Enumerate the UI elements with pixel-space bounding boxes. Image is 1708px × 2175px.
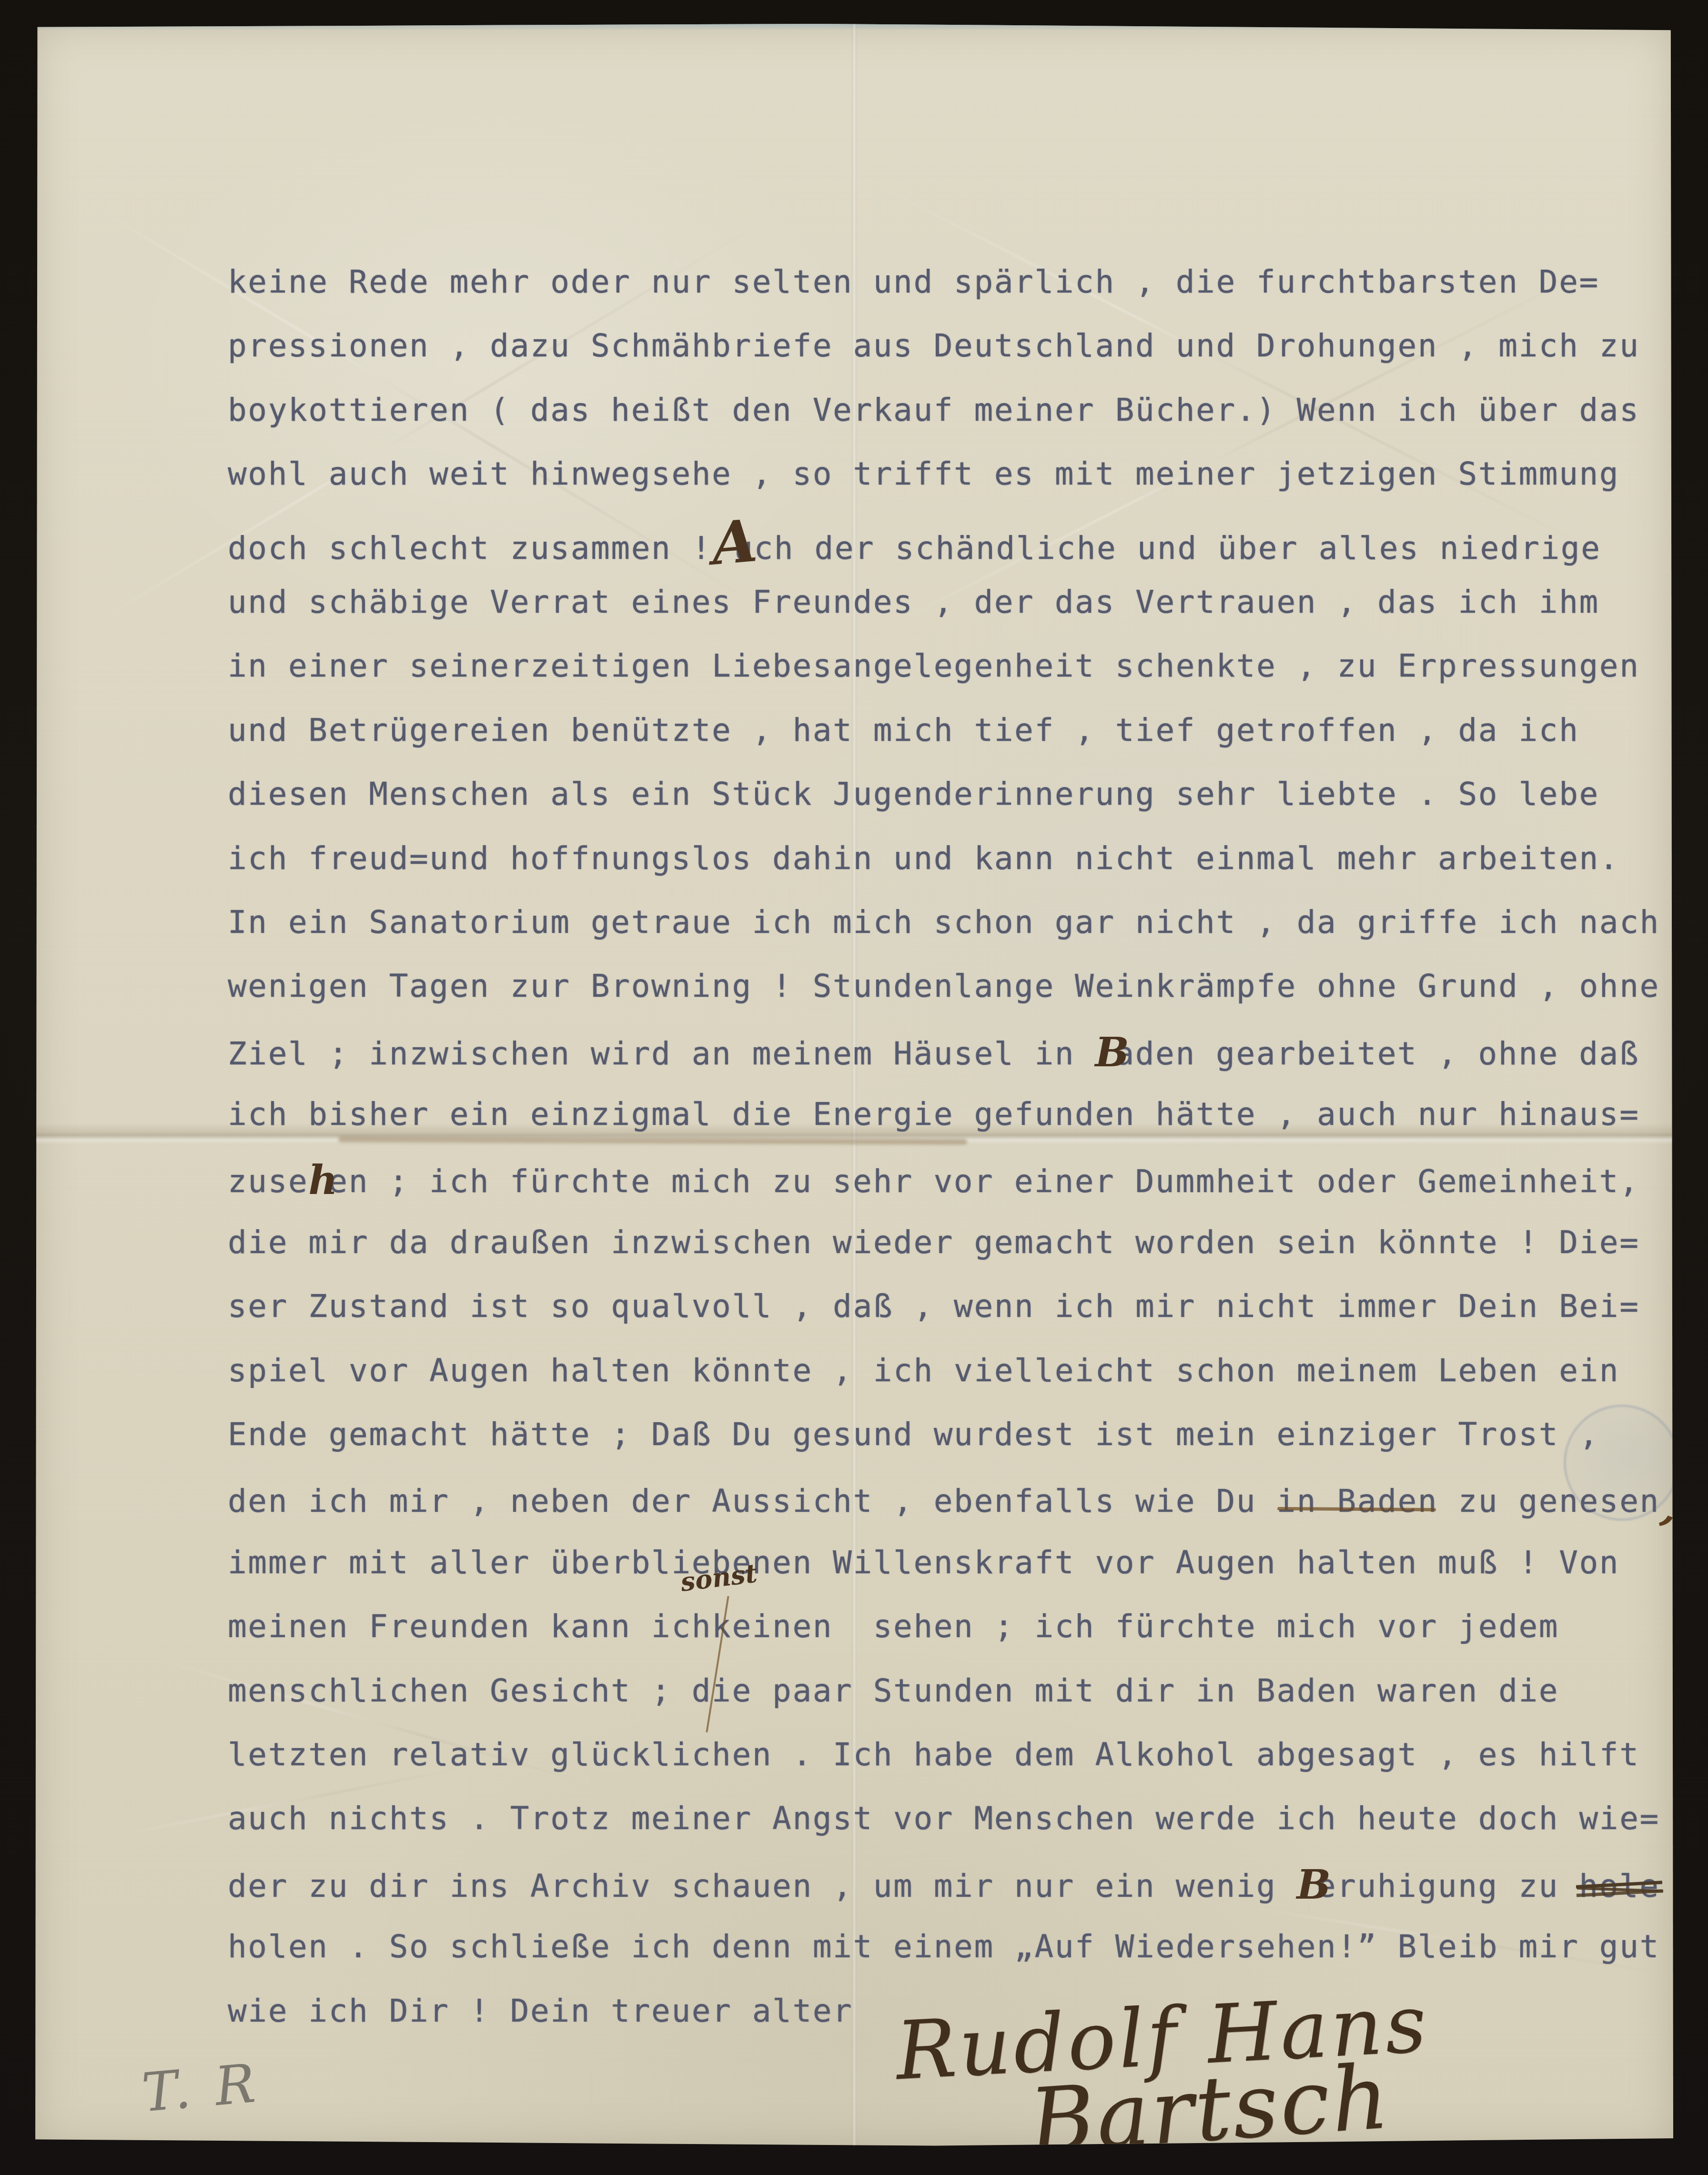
hand-underlined-words: in Baden (1276, 1483, 1438, 1519)
typed-text: aden gearbeitet , ohne daß (1115, 1035, 1639, 1072)
letter-line: und schäbige Verrat eines Freundes , der… (228, 570, 1652, 634)
letter-line: wohl auch weit hinwegsehe , so trifft es… (228, 442, 1652, 506)
typed-text: ser Zustand ist so qualvoll , daß , wenn… (228, 1288, 1639, 1325)
typed-text: keinen sehen ; ich fürchte mich vor jede… (712, 1608, 1559, 1645)
typed-text: und schäbige Verrat eines Freundes , der… (228, 584, 1599, 620)
letter-line: in einer seinerzeitigen Liebesangelegenh… (228, 634, 1652, 698)
letter-line: boykottieren ( das heißt den Verkauf mei… (228, 378, 1652, 442)
letter-line: immer mit aller überbliebenen Willenskra… (228, 1531, 1652, 1595)
letter-line: der zu dir ins Archiv schauen , um mir n… (228, 1851, 1652, 1915)
typed-text: keine Rede mehr oder nur selten und spär… (228, 263, 1599, 300)
letter-line: die mir da draußen inzwischen wieder gem… (228, 1211, 1652, 1275)
letter-line: ich freud=und hoffnungslos dahin und kan… (228, 827, 1652, 890)
letter-line: In ein Sanatorium getraue ich mich schon… (228, 890, 1652, 954)
typed-text: in einer seinerzeitigen Liebesangelegenh… (228, 647, 1639, 684)
letter-line: doch schlecht zusammen !Auch der schändl… (228, 506, 1652, 570)
typed-text: zu genesen (1438, 1483, 1660, 1519)
letter-line: letzten relativ glücklichen . Ich habe d… (228, 1723, 1652, 1787)
typed-text: uch der schändliche und über alles niedr… (734, 530, 1601, 567)
letter-line: spiel vor Augen halten könnte , ich viel… (228, 1339, 1652, 1403)
typed-text: auch nichts . Trotz meiner Angst vor Men… (228, 1800, 1660, 1837)
typed-text: doch schlecht zusammen ! (228, 530, 712, 567)
pencil-initials: T. R (140, 2053, 262, 2124)
typed-text: letzten relativ glücklichen . Ich habe d… (228, 1736, 1639, 1773)
typed-text: wie ich Dir ! Dein treuer alter (228, 1993, 853, 2029)
letter-line: zusehen ; ich fürchte mich zu sehr vor e… (228, 1146, 1652, 1210)
typed-text: ich bisher ein einzigmal die Energie gef… (228, 1096, 1639, 1133)
typed-text: den ich mir , neben der Aussicht , ebenf… (228, 1483, 1276, 1519)
typed-text: und Betrügereien benützte , hat mich tie… (228, 712, 1579, 749)
letter-line: holen . So schließe ich denn mit einem „… (228, 1915, 1652, 1979)
typed-text: pressionen , dazu Schmähbriefe aus Deuts… (228, 327, 1639, 364)
letter-line: ser Zustand ist so qualvoll , daß , wenn… (228, 1275, 1652, 1338)
typed-text: Ende gemacht hätte ; Daß Du gesund wurde… (228, 1416, 1599, 1453)
hand-corrected-letter: h (308, 1148, 328, 1212)
typed-text: wohl auch weit hinwegsehe , so trifft es… (228, 455, 1619, 492)
letter-line: wenigen Tagen zur Browning ! Stundenlang… (228, 954, 1652, 1018)
letter-line: Ziel ; inzwischen wird an meinem Häusel … (228, 1019, 1652, 1082)
typed-text: zuse (228, 1163, 308, 1200)
typed-text: boykottieren ( das heißt den Verkauf mei… (228, 392, 1639, 428)
struck-out-word: hole (1579, 1868, 1659, 1904)
letter-paper: keine Rede mehr oder nur selten und spär… (33, 24, 1673, 2148)
letter-line: den ich mir , neben der Aussicht , ebenf… (228, 1467, 1652, 1530)
hand-corrected-letter: B (1095, 1021, 1115, 1084)
hand-corrected-letter: B (1297, 1853, 1317, 1917)
typed-text: immer mit aller überbliebenen Willenskra… (228, 1544, 1619, 1581)
typed-text: holen . So schließe ich denn mit einem „… (228, 1928, 1660, 1965)
letter-line: keine Rede mehr oder nur selten und spär… (228, 250, 1652, 314)
letter-line: diesen Menschen als ein Stück Jugenderin… (228, 762, 1652, 826)
photo-backdrop: { "document": { "kind": "typewritten let… (0, 0, 1708, 2175)
letter-line: und Betrügereien benützte , hat mich tie… (228, 698, 1652, 762)
typed-text: In ein Sanatorium getraue ich mich schon… (228, 904, 1660, 941)
typed-text: diesen Menschen als ein Stück Jugenderin… (228, 776, 1599, 812)
hand-corrected-letter: A (709, 510, 737, 576)
letter-line: ich bisher ein einzigmal die Energie gef… (228, 1082, 1652, 1146)
typed-text: spiel vor Augen halten könnte , ich viel… (228, 1352, 1619, 1389)
typed-text: menschlichen Gesicht ; die paar Stunden … (228, 1672, 1559, 1709)
typed-text: meinen Freunden kann ich (228, 1608, 712, 1645)
typed-text: en ; ich fürchte mich zu sehr vor einer … (328, 1163, 1639, 1200)
typed-text: ich freud=und hoffnungslos dahin und kan… (228, 840, 1619, 877)
typed-text: die mir da draußen inzwischen wieder gem… (228, 1224, 1639, 1261)
letter-body: keine Rede mehr oder nur selten und spär… (228, 250, 1652, 2043)
typed-text: Ziel ; inzwischen wird an meinem Häusel … (228, 1035, 1095, 1072)
letter-line: Ende gemacht hätte ; Daß Du gesund wurde… (228, 1403, 1652, 1467)
letter-line: pressionen , dazu Schmähbriefe aus Deuts… (228, 314, 1652, 378)
typed-text: eruhigung zu (1317, 1868, 1579, 1904)
typed-text: wenigen Tagen zur Browning ! Stundenlang… (228, 968, 1660, 1004)
letter-line: auch nichts . Trotz meiner Angst vor Men… (228, 1787, 1652, 1851)
letter-line: meinen Freunden kann ichsonstkeinen sehe… (228, 1595, 1652, 1659)
letter-line: menschlichen Gesicht ; die paar Stunden … (228, 1659, 1652, 1723)
typed-text: der zu dir ins Archiv schauen , um mir n… (228, 1868, 1297, 1904)
